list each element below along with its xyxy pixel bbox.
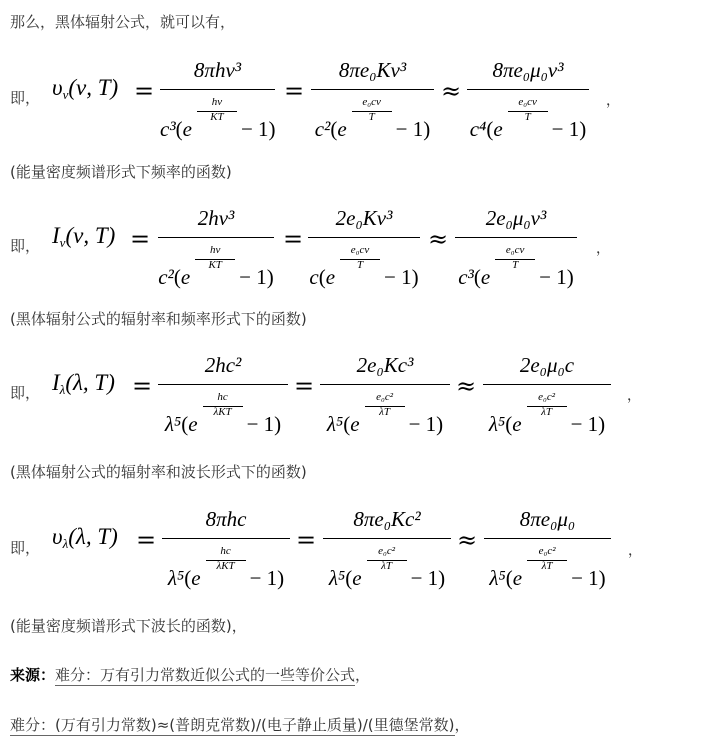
op-approx: ≈ [428, 225, 448, 253]
fraction-bar [158, 237, 274, 238]
fraction: 8πe₀Kc² λ⁵(ee₀c²λT− 1) [323, 507, 451, 585]
op-equals: = [294, 372, 314, 400]
op-equals: = [136, 526, 156, 554]
source-line: 来源：难分：万有引力常数近似公式的一些等价公式， [10, 665, 370, 685]
fraction-bar [467, 89, 589, 90]
fraction: 2hν³ c²(ehνKT− 1) [158, 206, 274, 284]
fraction-bar [323, 538, 451, 539]
footer-after: ， [455, 716, 470, 734]
formula-lead: 即， [10, 87, 40, 108]
fraction-bar [484, 538, 611, 539]
fraction: 8πhc λ⁵(ehcλKT− 1) [162, 507, 290, 585]
formula-lhs: υλ(λ, T) [52, 524, 118, 552]
formula-caption: (能量密度频谱形式下频率的函数) [10, 162, 232, 182]
fraction: 8πe₀μ₀ν³ c⁴(ee₀cνT− 1) [467, 58, 589, 136]
formula-lhs: υν(ν, T) [52, 75, 118, 103]
fraction: 8πhν³ c³(ehνKT− 1) [160, 58, 275, 136]
intro-text: 那么，黑体辐射公式，就可以有， [10, 12, 235, 32]
fraction-bar [320, 384, 450, 385]
formula-lhs: Iλ(λ, T) [52, 370, 115, 398]
op-approx: ≈ [456, 372, 476, 400]
fraction-bar [158, 384, 288, 385]
formula-caption: (黑体辐射公式的辐射率和频率形式下的函数) [10, 309, 307, 329]
trailing-comma: ， [596, 238, 610, 258]
source-link[interactable]: 难分：万有引力常数近似公式的一些等价公式 [55, 666, 355, 686]
op-equals: = [134, 77, 154, 105]
source-label: 来源： [10, 666, 55, 684]
fraction-bar [483, 384, 611, 385]
op-equals: = [130, 225, 150, 253]
footer-line: 难分：(万有引力常数)≈(普朗克常数)/(电子静止质量)/(里德堡常数)， [10, 715, 470, 735]
fraction-bar [160, 89, 275, 90]
formula-lead: 即， [10, 537, 40, 558]
op-equals: = [284, 77, 304, 105]
source-after: ， [355, 666, 370, 684]
fraction-bar [162, 538, 290, 539]
trailing-comma: ， [628, 540, 642, 560]
fraction: 2e₀Kν³ c(ee₀cνT− 1) [308, 206, 420, 284]
op-equals: = [296, 526, 316, 554]
trailing-comma: ， [606, 90, 620, 110]
fraction-bar [311, 89, 434, 90]
formula-caption: (黑体辐射公式的辐射率和波长形式下的函数) [10, 462, 307, 482]
op-equals: = [132, 372, 152, 400]
formula-lhs: Iν(ν, T) [52, 223, 115, 251]
op-equals: = [283, 225, 303, 253]
gravity-constant-link[interactable]: 难分：(万有引力常数)≈(普朗克常数)/(电子静止质量)/(里德堡常数) [10, 716, 455, 736]
trailing-comma: ， [627, 385, 641, 405]
fraction: 2e₀Kc³ λ⁵(ee₀c²λT− 1) [320, 353, 450, 431]
formula-lead: 即， [10, 235, 40, 256]
fraction: 8πe₀Kν³ c²(ee₀cνT− 1) [311, 58, 434, 136]
fraction: 2e₀μ₀c λ⁵(ee₀c²λT− 1) [483, 353, 611, 431]
op-approx: ≈ [457, 526, 477, 554]
fraction: 8πe₀μ₀ λ⁵(ee₀c²λT− 1) [484, 507, 611, 585]
fraction-bar [455, 237, 577, 238]
formula-lead: 即， [10, 382, 40, 403]
op-approx: ≈ [441, 77, 461, 105]
fraction-bar [308, 237, 420, 238]
formula-caption: (能量密度频谱形式下波长的函数)， [10, 616, 247, 636]
fraction: 2hc² λ⁵(ehcλKT− 1) [158, 353, 288, 431]
fraction: 2e₀μ₀ν³ c³(ee₀cνT− 1) [455, 206, 577, 284]
